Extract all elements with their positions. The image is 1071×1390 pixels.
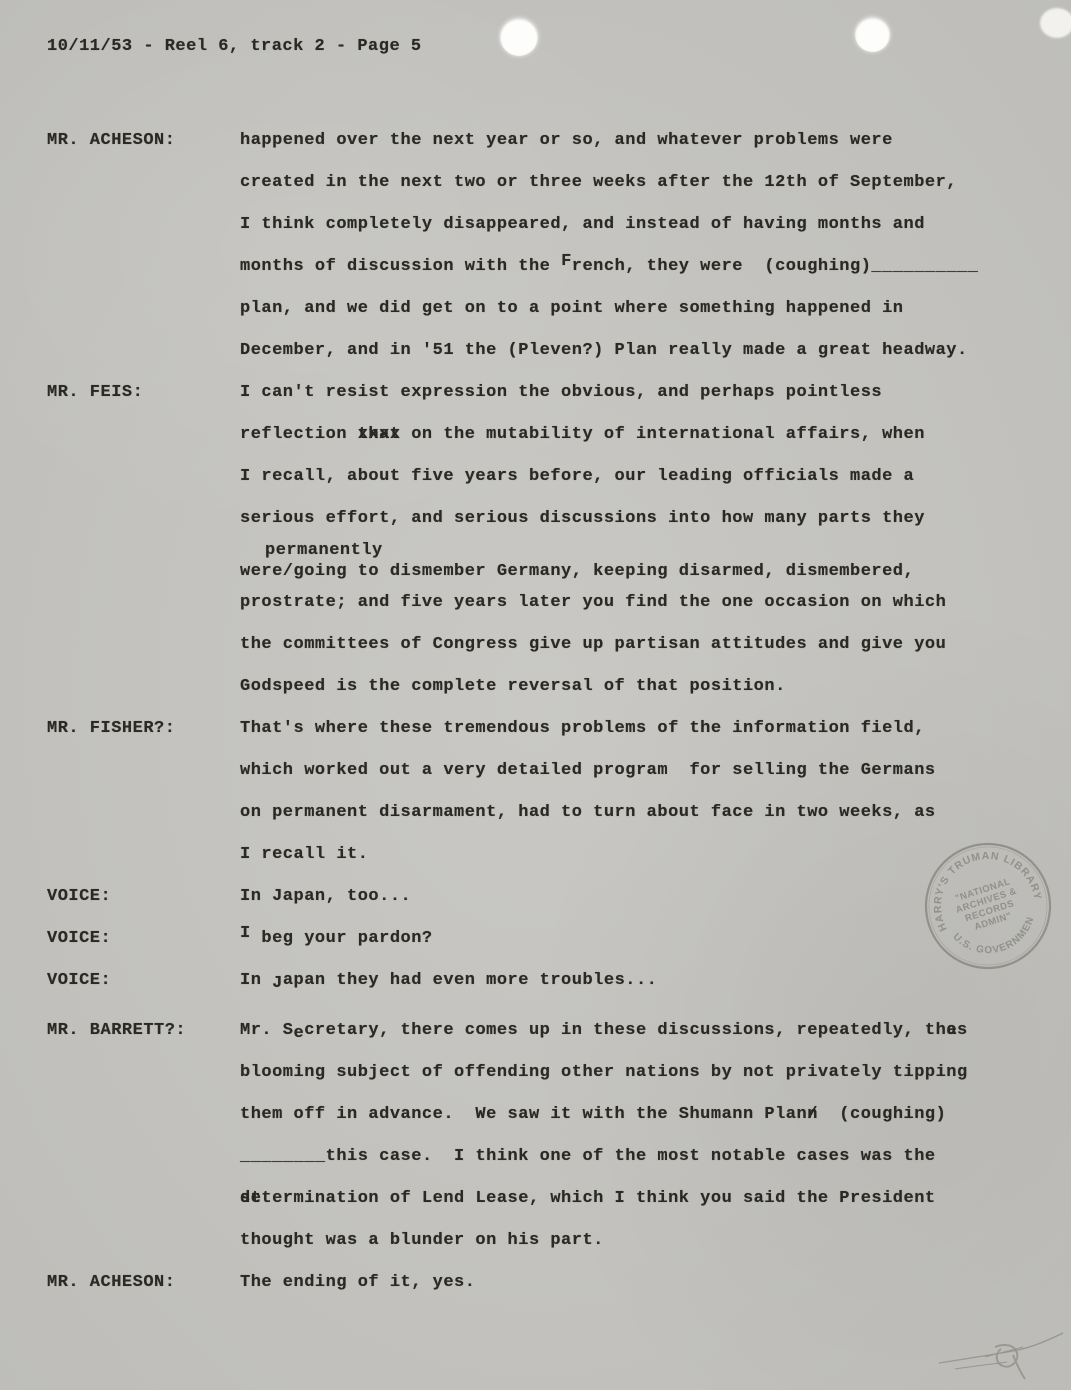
text-segment: beg your pardon? bbox=[251, 918, 433, 960]
pencil-mark bbox=[935, 1325, 1070, 1387]
text-segment: rench, they were (coughing) bbox=[572, 246, 872, 288]
text-segment: The ending of it, yes. bbox=[240, 1262, 475, 1304]
text-segment: I recall it. bbox=[240, 834, 368, 876]
text-segment: were/going to dismember Germany, keeping… bbox=[240, 561, 914, 582]
transcript-line: created in the next two or three weeks a… bbox=[240, 162, 1071, 204]
text-segment: termination of Lend Lease, which I think… bbox=[261, 1178, 935, 1220]
transcript-line: plan, and we did get on to a point where… bbox=[240, 288, 1071, 330]
transcript-entry: MR. FEIS:I can't resist expression the o… bbox=[47, 372, 1071, 708]
transcript-line: Godspeed is the complete reversal of tha… bbox=[240, 666, 1071, 708]
speech-text: happened over the next year or so, and w… bbox=[240, 120, 1071, 372]
text-segment: thought was a blunder on his part. bbox=[240, 1220, 604, 1262]
text-segment: In bbox=[240, 960, 272, 1002]
paper-tear-mark bbox=[1040, 8, 1071, 38]
text-segment: apan they had even more troubles... bbox=[283, 960, 658, 1002]
transcript-line: I recall, about five years before, our l… bbox=[240, 456, 1071, 498]
text-segment: them off in advance. We saw it with the … bbox=[240, 1094, 807, 1136]
speaker-label: MR. FEIS: bbox=[47, 372, 240, 414]
text-segment: this case. I think one of the most notab… bbox=[326, 1136, 936, 1178]
transcript-line: thought was a blunder on his part. bbox=[240, 1220, 1071, 1262]
text-segment: reflection bbox=[240, 414, 358, 456]
transcript-entry: MR. BARRETT?:Mr. Secretary, there comes … bbox=[47, 1010, 1071, 1262]
transcript-line: ________this case. I think one of the mo… bbox=[240, 1136, 1071, 1178]
transcript-line: on permanent disarmament, had to turn ab… bbox=[240, 792, 1071, 834]
transcript-line: happened over the next year or so, and w… bbox=[240, 120, 1071, 162]
text-segment: __________ bbox=[871, 246, 978, 288]
text-segment: blooming subject of offending other nati… bbox=[240, 1052, 968, 1094]
text-segment: Godspeed is the complete reversal of tha… bbox=[240, 666, 786, 708]
speech-text: I can't resist expression the obvious, a… bbox=[240, 372, 1071, 708]
text-segment: ________ bbox=[240, 1136, 326, 1178]
transcript-line: reflection that on the mutability of int… bbox=[240, 414, 1071, 456]
transcript-entry: MR. ACHESON:happened over the next year … bbox=[47, 120, 1071, 372]
transcript-line: permanently bbox=[240, 540, 1071, 561]
speaker-label: MR. ACHESON: bbox=[47, 1262, 240, 1304]
transcript-line: I can't resist expression the obvious, a… bbox=[240, 372, 1071, 414]
transcript-line: December, and in '51 the (Pleven?) Plan … bbox=[240, 330, 1071, 372]
text-segment: on the mutability of international affai… bbox=[401, 414, 925, 456]
text-segment: d bbox=[240, 1178, 251, 1220]
text-segment: In Japan, too... bbox=[240, 876, 411, 918]
text-segment: e bbox=[294, 1013, 305, 1055]
text-segment: J bbox=[272, 963, 283, 1005]
text-segment: e bbox=[251, 1178, 262, 1220]
transcript-line: The ending of it, yes. bbox=[240, 1262, 1071, 1304]
text-segment: permanently bbox=[265, 540, 383, 561]
transcript-line: serious effort, and serious discussions … bbox=[240, 498, 1071, 540]
text-segment: months of discussion with the bbox=[240, 246, 561, 288]
text-segment: serious effort, and serious discussions … bbox=[240, 498, 925, 540]
transcript-line: were/going to dismember Germany, keeping… bbox=[240, 561, 1071, 582]
speaker-label: VOICE: bbox=[47, 960, 240, 1002]
transcript-line: That's where these tremendous problems o… bbox=[240, 708, 1071, 750]
text-segment: which worked out a very detailed program… bbox=[240, 750, 936, 792]
text-segment: I bbox=[240, 913, 251, 955]
text-segment: F bbox=[561, 241, 572, 283]
speaker-label: VOICE: bbox=[47, 918, 240, 960]
text-segment: I can't resist expression the obvious, a… bbox=[240, 372, 882, 414]
text-segment: the committees of Congress give up parti… bbox=[240, 624, 946, 666]
transcript-line: months of discussion with the French, th… bbox=[240, 246, 1071, 288]
transcript-entry: MR. ACHESON:The ending of it, yes. bbox=[47, 1262, 1071, 1304]
transcript-line: Mr. Secretary, there comes up in these d… bbox=[240, 1010, 1071, 1052]
text-segment: I think completely disappeared, and inst… bbox=[240, 204, 925, 246]
transcript-line: prostrate; and five years later you find… bbox=[240, 582, 1071, 624]
text-segment: prostrate; and five years later you find… bbox=[240, 582, 946, 624]
speaker-label: MR. ACHESON: bbox=[47, 120, 240, 162]
text-segment: Mr. S bbox=[240, 1010, 294, 1052]
text-segment: plan, and we did get on to a point where… bbox=[240, 288, 904, 330]
document-page: 10/11/53 - Reel 6, track 2 - Page 5 MR. … bbox=[0, 0, 1071, 1390]
speaker-label: VOICE: bbox=[47, 876, 240, 918]
text-segment: December, and in '51 the (Pleven?) Plan … bbox=[240, 330, 968, 372]
text-segment: That's where these tremendous problems o… bbox=[240, 708, 925, 750]
text-segment: a bbox=[946, 1010, 957, 1052]
speaker-label: MR. BARRETT?: bbox=[47, 1010, 240, 1052]
text-segment: created in the next two or three weeks a… bbox=[240, 162, 957, 204]
page-header: 10/11/53 - Reel 6, track 2 - Page 5 bbox=[47, 34, 1071, 60]
text-segment: that bbox=[358, 414, 401, 456]
punch-hole-left bbox=[500, 18, 538, 56]
transcript-line: the committees of Congress give up parti… bbox=[240, 624, 1071, 666]
archives-stamp: HARRY'S TRUMAN LIBRARY U.S. GOVERNMENT "… bbox=[918, 836, 1058, 976]
transcript-line: blooming subject of offending other nati… bbox=[240, 1052, 1071, 1094]
text-segment: s bbox=[957, 1010, 968, 1052]
text-segment: I recall, about five years before, our l… bbox=[240, 456, 914, 498]
text-segment: (coughing) bbox=[818, 1094, 946, 1136]
transcript-line: determination of Lend Lease, which I thi… bbox=[240, 1178, 1071, 1220]
text-segment: cretary, there comes up in these discuss… bbox=[304, 1010, 946, 1052]
text-segment: n bbox=[807, 1094, 818, 1136]
transcript: MR. ACHESON:happened over the next year … bbox=[47, 120, 1071, 1304]
transcript-line: I think completely disappeared, and inst… bbox=[240, 204, 1071, 246]
transcript-line: which worked out a very detailed program… bbox=[240, 750, 1071, 792]
transcript-line: them off in advance. We saw it with the … bbox=[240, 1094, 1071, 1136]
text-segment: on permanent disarmament, had to turn ab… bbox=[240, 792, 936, 834]
speech-text: The ending of it, yes. bbox=[240, 1262, 1071, 1304]
speaker-label: MR. FISHER?: bbox=[47, 708, 240, 750]
punch-hole-right bbox=[855, 17, 890, 52]
speech-text: Mr. Secretary, there comes up in these d… bbox=[240, 1010, 1071, 1262]
text-segment: happened over the next year or so, and w… bbox=[240, 120, 893, 162]
